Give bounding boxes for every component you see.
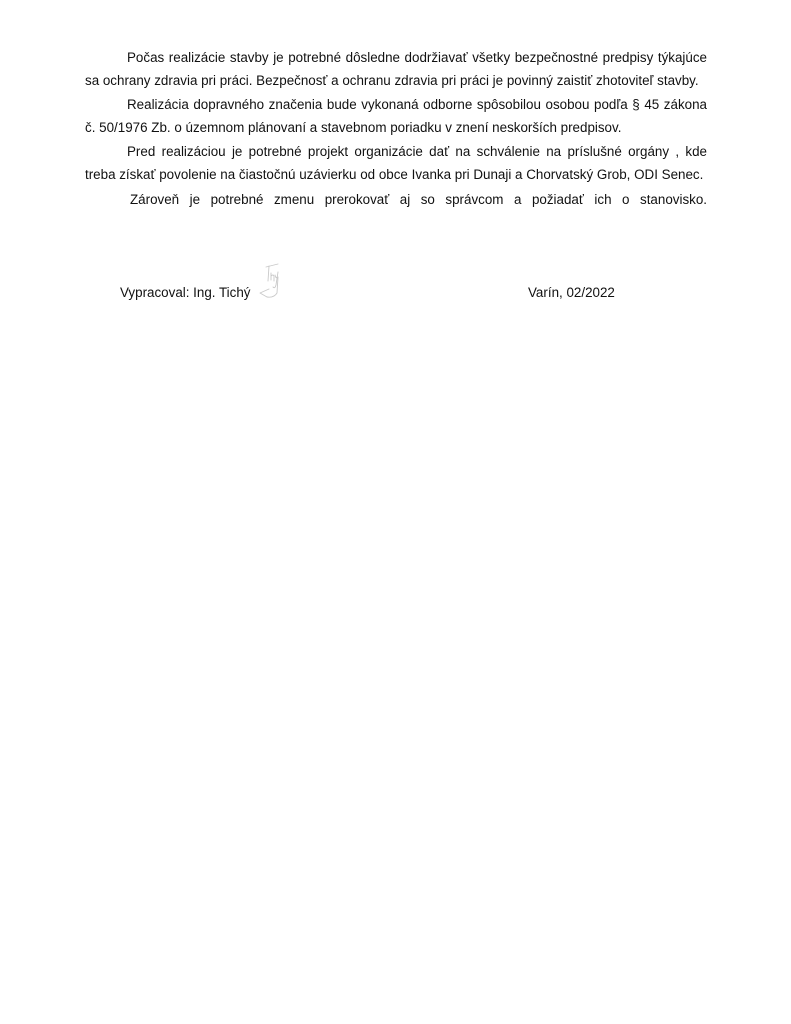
paragraph-approval: Pred realizáciou je potrebné projekt org… — [85, 140, 707, 187]
paragraph-traffic-signage: Realizácia dopravného značenia bude vyko… — [85, 93, 707, 140]
place-date: Varín, 02/2022 — [528, 283, 615, 303]
signature-icon — [254, 263, 284, 305]
paragraph-safety: Počas realizácie stavby je potrebné dôsl… — [85, 46, 707, 93]
document-body: Počas realizácie stavby je potrebné dôsl… — [85, 46, 707, 212]
prepared-by: Vypracoval: Ing. Tichý — [120, 283, 251, 303]
paragraph-administrator: Zároveň je potrebné zmenu prerokovať aj … — [85, 188, 707, 211]
signature-row: Vypracoval: Ing. Tichý Varín, 02/2022 — [120, 283, 620, 307]
